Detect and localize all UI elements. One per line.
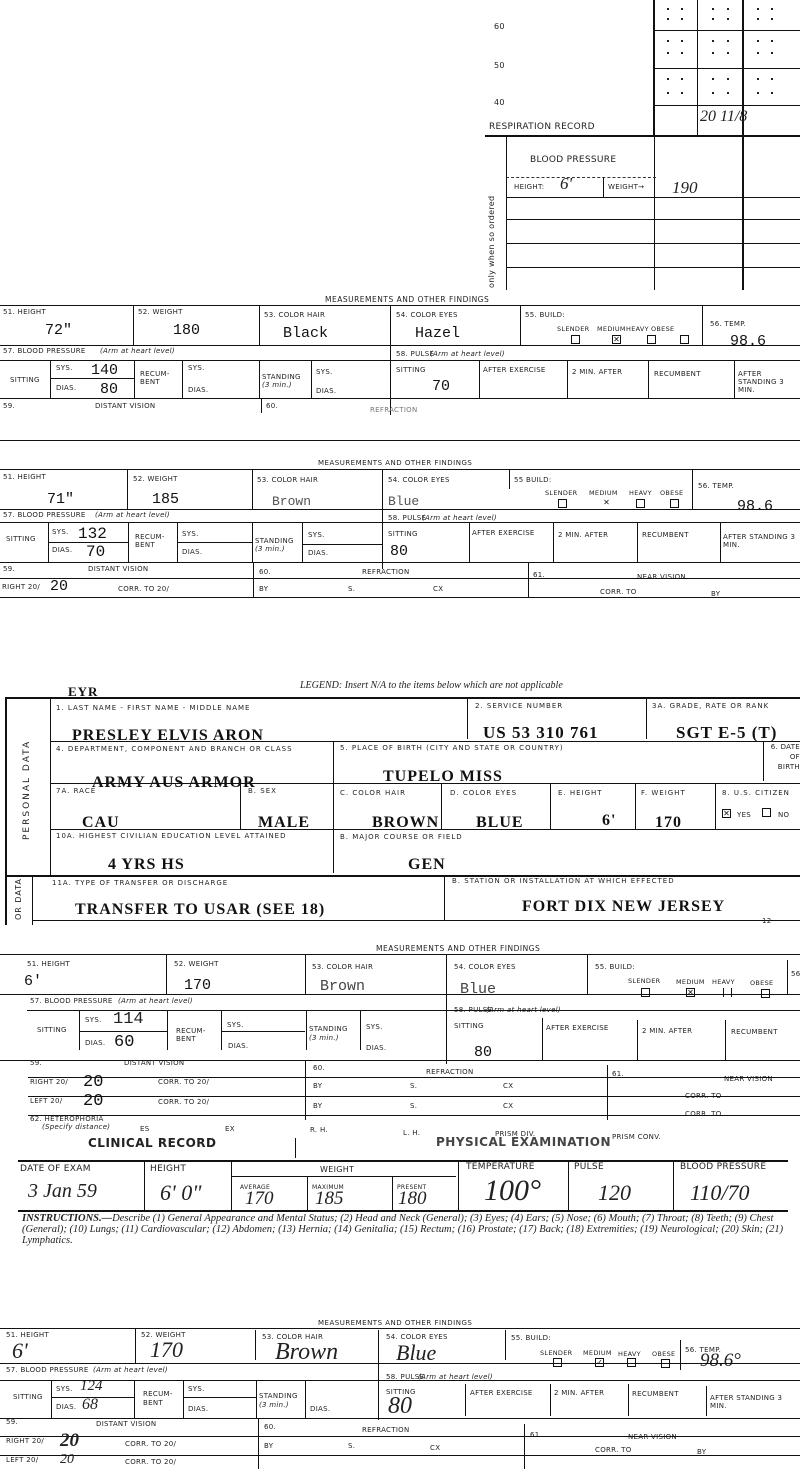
citizen-no-checkbox[interactable] <box>762 808 771 817</box>
pulse-sitting-value: 70 <box>432 378 450 395</box>
blood-pressure-value: 110/70 <box>690 1180 749 1206</box>
build-option-obese: OBESE <box>750 979 773 987</box>
s-label: S. <box>348 585 355 593</box>
pulse-sitting-label: SITTING <box>396 366 426 374</box>
build-option-heavy: HEAVY <box>629 489 652 497</box>
eyes-label: 54. COLOR EYES <box>396 311 458 319</box>
personal-data-side-label: PERSONAL DATA <box>22 740 32 840</box>
eyes-value: Blue <box>460 981 496 998</box>
pulse-sitting-label: SITTING <box>454 1022 484 1030</box>
height-label: 51. HEIGHT <box>3 308 46 316</box>
build-medium-checkbox[interactable]: ✕ <box>612 335 621 344</box>
right-eye-value: 20 <box>83 1073 103 1092</box>
bp-label: 57. BLOOD PRESSURE <box>6 1366 89 1374</box>
sex-label: b. SEX <box>248 787 277 795</box>
build-option-medium: MEDIUM <box>589 489 618 497</box>
recumbent-label: RECUM-BENT <box>140 370 180 386</box>
grade-value: SGT E-5 (T) <box>676 723 777 743</box>
temp-value: 98.6° <box>700 1350 741 1372</box>
chart-gridline <box>653 68 800 69</box>
refraction-label: REFRACTION <box>370 406 418 414</box>
education-value: 4 YRS HS <box>108 856 185 874</box>
major-label: b. MAJOR COURSE OR FIELD <box>340 833 463 841</box>
eyes-label: d. COLOR EYES <box>450 789 517 797</box>
distant-vision-num: 59. <box>6 1418 18 1426</box>
left-eye-value: 20 <box>60 1452 74 1468</box>
near-corr-label: CORR. TO <box>600 588 637 596</box>
build-option-medium: MEDIUM <box>676 978 705 986</box>
build-slender-checkbox[interactable] <box>571 335 580 344</box>
bp-note: (Arm at heart level) <box>100 347 175 355</box>
recumbent-pulse-label: RECUMBENT <box>731 1028 778 1036</box>
build-slender-checkbox[interactable] <box>558 499 567 508</box>
build-slender-checkbox[interactable] <box>641 988 650 997</box>
date-of-exam-label: DATE OF EXAM <box>20 1164 91 1174</box>
height-value: 72" <box>45 322 72 339</box>
date-of-exam-value: 3 Jan 59 <box>28 1180 97 1203</box>
citizen-yes-label: YES <box>737 811 751 819</box>
refraction-num: 60. <box>313 1064 325 1072</box>
build-obese-checkbox[interactable] <box>680 335 689 344</box>
sitting-label: SITTING <box>37 1026 67 1034</box>
build-option-medium: MEDIUM <box>597 325 626 333</box>
grade-label: 3a. GRADE, RATE OR RANK <box>652 702 769 710</box>
station-label: b. STATION OR INSTALLATION AT WHICH EFFE… <box>452 877 675 885</box>
recumbent-label: RECUM-BENT <box>143 1390 183 1408</box>
pulse-sitting-value: 80 <box>474 1044 492 1061</box>
build-label: 55 BUILD: <box>514 476 551 484</box>
build-medium-checkbox[interactable]: ✕ <box>602 499 611 508</box>
physical-exam-title: PHYSICAL EXAMINATION <box>436 1135 611 1149</box>
other-data-side-label: OR DATA <box>14 878 23 920</box>
hair-value: Black <box>283 325 328 342</box>
height-label: HEIGHT <box>150 1164 186 1174</box>
blood-pressure-label: BLOOD PRESSURE <box>530 155 616 165</box>
temperature-value: 100° <box>484 1174 541 1208</box>
near-corr-label: CORR. TO <box>595 1446 632 1454</box>
recumbent-sys-label: SYS. <box>227 1021 244 1029</box>
bp-note: (Arm at heart level) <box>118 997 193 1005</box>
near-vision-label: NEAR VISION <box>628 1433 677 1441</box>
sitting-sys-value: 132 <box>78 525 107 543</box>
right-eye-label: RIGHT 20/ <box>30 1078 68 1086</box>
department-label: 4. DEPARTMENT, COMPONENT AND BRANCH OR C… <box>56 745 326 754</box>
recumbent-sys-label: SYS. <box>182 530 199 538</box>
left-eye-value: 20 <box>83 1092 103 1111</box>
right-cx-label: CX <box>430 1444 440 1452</box>
dias-label: DIAS. <box>56 1403 76 1411</box>
citizen-no-label: NO <box>778 811 789 819</box>
sitting-dias-value: 68 <box>82 1396 98 1414</box>
right-eye-value: 20 <box>50 578 68 595</box>
weight-label: 52. WEIGHT <box>133 475 178 483</box>
sys-label: SYS. <box>56 364 73 372</box>
bp-note: (Arm at heart level) <box>95 511 170 519</box>
hair-label: 53. COLOR HAIR <box>264 311 325 319</box>
standing-dias-label: DIAS. <box>366 1044 386 1052</box>
sitting-dias-value: 60 <box>114 1033 134 1052</box>
recumbent-dias-label: DIAS. <box>182 548 202 556</box>
refraction-label: REFRACTION <box>426 1068 474 1076</box>
build-heavy-checkbox[interactable] <box>636 499 645 508</box>
refraction-label: REFRACTION <box>362 568 410 576</box>
refraction-label: REFRACTION <box>362 1426 410 1434</box>
after-exercise-label: AFTER EXERCISE <box>483 366 546 374</box>
after-standing-label: AFTER STANDING 3 MIN. <box>723 533 800 549</box>
chart-gridline <box>742 0 744 290</box>
dias-label: DIAS. <box>56 384 76 392</box>
standing-label: STANDING <box>309 1025 348 1033</box>
weight-label: 52. WEIGHT <box>138 308 183 316</box>
left-near-corr-label: CORR. TO <box>685 1110 722 1118</box>
recumbent-dias-label: DIAS. <box>228 1042 248 1050</box>
average-value: 170 <box>245 1188 274 1210</box>
pulse-sitting-value: 80 <box>388 1393 412 1420</box>
right-s-label: S. <box>348 1442 355 1450</box>
after-standing-label: AFTER STANDING 3 MIN. <box>738 370 800 394</box>
two-min-after-label: 2 MIN. AFTER <box>554 1389 604 1397</box>
pulse-sitting-value: 80 <box>390 543 408 560</box>
pulse-note: (Arm at heart level) <box>430 350 505 358</box>
eyes-value: Blue <box>388 494 419 509</box>
distant-vision-label: DISTANT VISION <box>88 565 148 573</box>
divider <box>485 135 800 137</box>
hair-label: 53. COLOR HAIR <box>312 963 373 971</box>
build-option-heavy: HEAVY <box>712 978 735 986</box>
distant-vision-label: DISTANT VISION <box>96 1420 156 1428</box>
standing-sys-label: SYS. <box>316 368 333 376</box>
bp-label: 57. BLOOD PRESSURE <box>3 511 86 519</box>
date-of-birth-label: 6. DATE OF BIRTH <box>768 742 800 772</box>
height-label: 51. HEIGHT <box>27 960 70 968</box>
height-value: 71" <box>47 491 74 508</box>
temp-value: 98.6 <box>730 333 766 350</box>
height-label: HEIGHT: <box>514 183 544 191</box>
hair-label: 53. COLOR HAIR <box>257 476 318 484</box>
citizen-label: 8. U.S. CITIZEN <box>722 789 790 797</box>
blood-pressure-label: BLOOD PRESSURE <box>680 1162 766 1172</box>
pulse-label: 58. PULSE <box>388 514 426 522</box>
weight-value: 190 <box>672 178 698 198</box>
heterophoria-note: (Specify distance) <box>42 1123 110 1131</box>
sys-label: SYS. <box>85 1016 102 1024</box>
right-cx-label: CX <box>503 1082 513 1090</box>
weight-value: 185 <box>152 491 179 508</box>
cx-label: CX <box>433 585 443 593</box>
chart-gridline <box>653 105 800 106</box>
weight-label: WEIGHT→ <box>608 183 644 191</box>
citizen-yes-checkbox[interactable]: ✕ <box>722 809 731 818</box>
ex-label: EX <box>225 1125 235 1133</box>
recumbent-dias-label: DIAS. <box>188 1405 208 1413</box>
major-value: GEN <box>408 856 446 874</box>
standing-dias-label: DIAS. <box>310 1405 330 1413</box>
section-title: MEASUREMENTS AND OTHER FINDINGS <box>376 944 540 953</box>
sitting-label: SITTING <box>10 376 40 384</box>
recumbent-pulse-label: RECUMBENT <box>632 1390 679 1398</box>
transfer-type-value: TRANSFER TO USAR (SEE 18) <box>75 901 325 919</box>
maximum-value: 185 <box>315 1188 344 1210</box>
distant-vision-num: 59. <box>3 402 15 410</box>
refraction-num: 60. <box>264 1423 276 1431</box>
heterophoria-label: 62. HETEROPHORIA <box>30 1115 104 1123</box>
respiration-record-title: RESPIRATION RECORD <box>489 122 595 132</box>
eyes-value: Hazel <box>415 325 460 342</box>
near-vision-label: NEAR VISION <box>637 573 686 581</box>
build-option-medium: MEDIUM <box>583 1349 612 1357</box>
scale-label-40: 40 <box>494 98 505 107</box>
standing-note: (3 min.) <box>259 1401 289 1409</box>
sys-label: SYS. <box>52 528 69 536</box>
weight-label: f. WEIGHT <box>641 789 686 797</box>
standing-label: STANDING <box>255 537 294 545</box>
standing-note: (3 min.) <box>309 1034 339 1042</box>
service-number-value: US 53 310 761 <box>483 723 598 743</box>
station-value: FORT DIX NEW JERSEY <box>522 898 725 916</box>
temp-label: 56 <box>791 970 800 978</box>
dias-label: DIAS. <box>52 546 72 554</box>
build-option-slender: SLENDER <box>540 1349 572 1357</box>
weight-label: WEIGHT <box>320 1165 354 1174</box>
left-by-label: BY <box>313 1102 322 1110</box>
recumbent-label: RECUM-BENT <box>176 1027 216 1043</box>
build-option-slender: SLENDER <box>628 977 660 985</box>
left-corr-label: CORR. TO 20/ <box>125 1458 176 1466</box>
build-option-heavy: HEAVY <box>618 1350 641 1358</box>
two-min-after-label: 2 MIN. AFTER <box>558 531 608 539</box>
distant-vision-label: DISTANT VISION <box>124 1059 184 1067</box>
name-label: 1. LAST NAME - FIRST NAME - MIDDLE NAME <box>56 704 250 712</box>
scale-label-60: 60 <box>494 22 505 31</box>
recumbent-label: RECUM-BENT <box>135 533 175 549</box>
name-value: PRESLEY ELVIS ARON <box>72 727 264 745</box>
temp-label: 56. TEMP. <box>698 482 734 490</box>
present-value: 180 <box>398 1188 427 1210</box>
section-title: MEASUREMENTS AND OTHER FINDINGS <box>318 459 472 467</box>
pulse-label: 58. PULSE <box>396 350 434 358</box>
temperature-label: TEMPERATURE <box>466 1162 535 1172</box>
sitting-dias-value: 80 <box>100 381 118 398</box>
instructions: INSTRUCTIONS.—Describe (1) General Appea… <box>22 1213 797 1246</box>
build-option-obese: OBESE <box>652 1350 675 1358</box>
eyes-label: 54. COLOR EYES <box>454 963 516 971</box>
standing-label: STANDING <box>262 373 301 381</box>
standing-label: STANDING <box>259 1392 298 1400</box>
section-title: MEASUREMENTS AND OTHER FINDINGS <box>318 1319 472 1327</box>
pulse-value: 120 <box>598 1180 631 1206</box>
standing-sys-label: SYS. <box>366 1023 383 1031</box>
corner-mark: 12 <box>762 917 772 925</box>
build-option-slender: SLENDER <box>545 489 577 497</box>
hair-value: Brown <box>272 494 311 509</box>
weight-label: 52. WEIGHT <box>174 960 219 968</box>
refraction-num: 60. <box>259 568 271 576</box>
bp-note: (Arm at heart level) <box>93 1366 168 1374</box>
service-number-label: 2. SERVICE NUMBER <box>475 702 563 710</box>
left-eye-label: LEFT 20/ <box>30 1097 62 1105</box>
clinical-record-title: CLINICAL RECORD <box>88 1136 217 1150</box>
height-label: 51. HEIGHT <box>3 473 46 481</box>
after-exercise-label: AFTER EXERCISE <box>470 1389 533 1397</box>
build-label: 55. BUILD: <box>525 311 565 319</box>
right-eye-label: RIGHT 20/ <box>2 583 40 591</box>
weight-value: 170 <box>150 1337 183 1363</box>
standing-dias-label: DIAS. <box>308 549 328 557</box>
height-value: 6' <box>602 812 616 830</box>
sitting-sys-value: 140 <box>91 362 118 379</box>
right-by-label: BY <box>264 1442 273 1450</box>
section-title: MEASUREMENTS AND OTHER FINDINGS <box>325 295 489 304</box>
bp-label: 57. BLOOD PRESSURE <box>30 997 113 1005</box>
after-standing-label: AFTER STANDING 3 MIN. <box>710 1394 800 1410</box>
sitting-label: SITTING <box>13 1393 43 1401</box>
sitting-label: SITTING <box>6 535 36 543</box>
height-value: 6' <box>24 973 42 990</box>
standing-sys-label: SYS. <box>308 531 325 539</box>
by-label: BY <box>259 585 268 593</box>
build-label: 55. BUILD: <box>511 1334 551 1342</box>
scale-label-50: 50 <box>494 61 505 70</box>
distant-vision-label: DISTANT VISION <box>95 402 155 410</box>
height-value: 6' <box>12 1338 28 1364</box>
chart-handwritten-date: 20 11/8 <box>700 108 747 126</box>
eyes-label: 54. COLOR EYES <box>388 476 450 484</box>
hair-label: c. COLOR HAIR <box>340 789 406 797</box>
build-option-heavy: HEAVY <box>626 325 649 333</box>
build-option-obese: OBESE <box>651 325 674 333</box>
sitting-sys-value: 114 <box>113 1010 144 1029</box>
right-s-label: S. <box>410 1082 417 1090</box>
height-value: 6' 0" <box>160 1180 201 1206</box>
hair-value: Brown <box>275 1339 338 1366</box>
two-min-after-label: 2 MIN. AFTER <box>572 368 622 376</box>
legend-note: LEGEND: Insert N/A to the items below wh… <box>300 680 563 691</box>
near-vision-num: 61. <box>530 1431 542 1439</box>
temp-label: 56. TEMP. <box>710 320 746 328</box>
after-exercise-label: AFTER EXERCISE <box>546 1024 609 1032</box>
es-label: ES <box>140 1125 149 1133</box>
left-cx-label: CX <box>503 1102 513 1110</box>
recumbent-pulse-label: RECUMBENT <box>642 531 689 539</box>
build-heavy-checkbox[interactable] <box>647 335 656 344</box>
weight-value: 170 <box>184 977 211 994</box>
right-corr-label: CORR. TO 20/ <box>158 1078 209 1086</box>
rh-label: R. H. <box>310 1126 328 1134</box>
race-label: 7a. RACE <box>56 787 96 795</box>
recumbent-dias-label: DIAS. <box>188 386 208 394</box>
build-option-slender: SLENDER <box>557 325 589 333</box>
distant-vision-num: 59. <box>3 565 15 573</box>
after-exercise-label: AFTER EXERCISE <box>472 529 535 537</box>
education-label: 10a. HIGHEST CIVILIAN EDUCATION LEVEL AT… <box>56 832 326 841</box>
prism-conv-label: PRISM CONV. <box>612 1133 661 1141</box>
build-option-obese: OBESE <box>660 489 683 497</box>
right-by-label: BY <box>313 1082 322 1090</box>
weight-value: 180 <box>173 322 200 339</box>
build-heavy-checkbox[interactable] <box>723 988 732 997</box>
dias-label: DIAS. <box>85 1039 105 1047</box>
recumbent-sys-label: SYS. <box>188 1385 205 1393</box>
refraction-num: 60. <box>266 402 278 410</box>
height-label: e. HEIGHT <box>558 789 603 797</box>
birthplace-label: 5. PLACE OF BIRTH (City and State or Cou… <box>340 744 564 752</box>
standing-dias-label: DIAS. <box>316 387 336 395</box>
build-label: 55. BUILD: <box>595 963 635 971</box>
right-eye-label: RIGHT 20/ <box>6 1437 44 1445</box>
recumbent-pulse-label: RECUMBENT <box>654 370 701 378</box>
height-value: 6' <box>560 174 572 194</box>
left-corr-label: CORR. TO 20/ <box>158 1098 209 1106</box>
recumbent-sys-label: SYS. <box>188 364 205 372</box>
bp-label: 57. BLOOD PRESSURE <box>3 347 86 355</box>
pulse-label: PULSE <box>574 1162 604 1172</box>
pulse-note: (Arm at heart level) <box>422 514 497 522</box>
sitting-dias-value: 70 <box>86 543 105 561</box>
temp-value: 98.6 <box>737 498 773 515</box>
sys-label: SYS. <box>56 1385 73 1393</box>
two-min-after-label: 2 MIN. AFTER <box>642 1027 692 1035</box>
corr-label: CORR. TO 20/ <box>118 585 169 593</box>
standing-note: (3 min.) <box>255 545 285 553</box>
right-eye-value: 20 <box>60 1430 79 1452</box>
pulse-sitting-label: SITTING <box>388 530 418 538</box>
build-medium-checkbox[interactable]: ✕ <box>686 988 695 997</box>
distant-vision-num: 59. <box>30 1059 42 1067</box>
build-obese-checkbox[interactable] <box>670 499 679 508</box>
left-eye-label: LEFT 20/ <box>6 1456 38 1464</box>
left-s-label: S. <box>410 1102 417 1110</box>
transfer-type-label: 11a. TYPE OF TRANSFER OR DISCHARGE <box>52 879 228 887</box>
hair-value: Brown <box>320 978 365 995</box>
right-corr-label: CORR. TO 20/ <box>125 1440 176 1448</box>
lh-label: L. H. <box>403 1129 420 1137</box>
chart-gridline <box>653 30 800 31</box>
sitting-sys-value: 124 <box>80 1378 103 1395</box>
side-note: only when so ordered <box>487 196 496 288</box>
standing-note: (3 min.) <box>262 381 292 389</box>
